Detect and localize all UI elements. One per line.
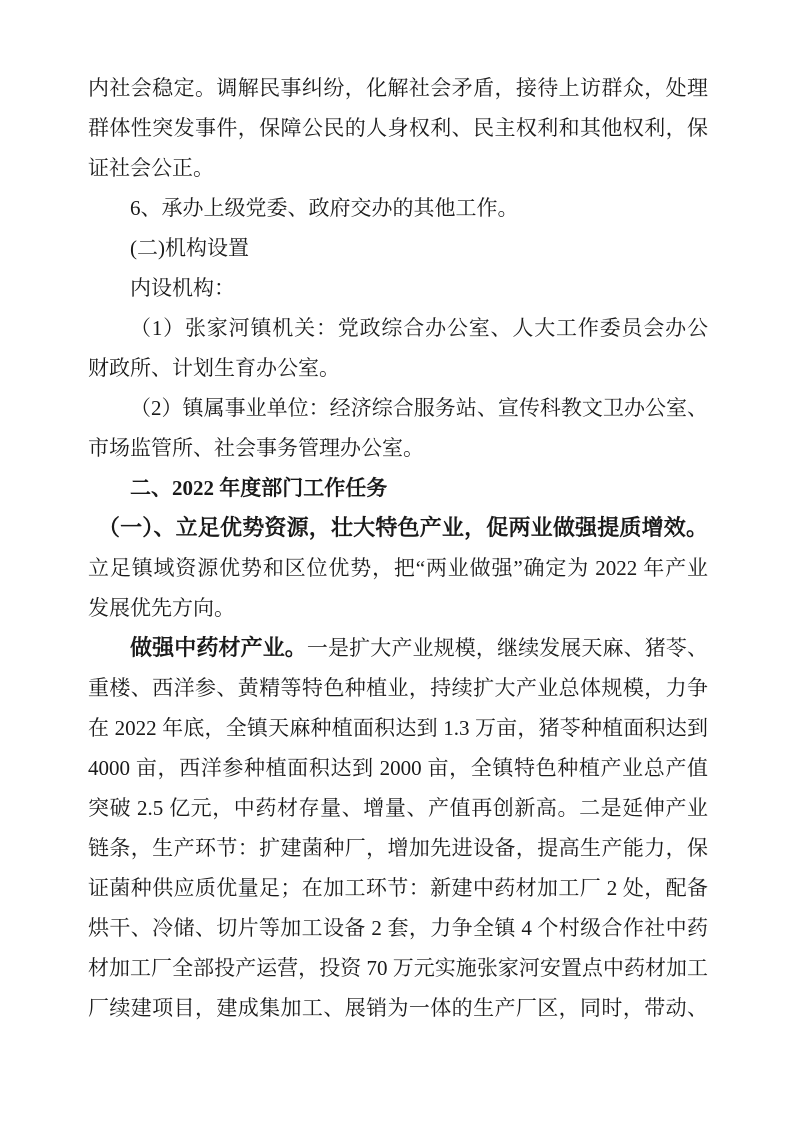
text-line: 做强中药材产业。一是扩大产业规模，继续发展天麻、猪苓、 [88, 628, 708, 668]
paragraph-lead: 做强中药材产业。 [130, 635, 307, 660]
text-line: 厂续建项目，建成集加工、展销为一体的生产厂区，同时，带动、 [88, 988, 708, 1028]
list-item-line: 6、承办上级党委、政府交办的其他工作。 [88, 188, 708, 228]
subsection-heading-line: （一）、立足优势资源，壮大特色产业，促两业做强提质增效。 [88, 508, 708, 548]
text-line: 链条，生产环节：扩建菌种厂，增加先进设备，提高生产能力，保 [88, 828, 708, 868]
paragraph-body: 一是扩大产业规模，继续发展天麻、猪苓、 [307, 636, 708, 660]
section-heading-line: 二、2022 年度部门工作任务 [88, 468, 708, 508]
list-item-line: （1）张家河镇机关：党政综合办公室、人大工作委员会办公室、 [88, 308, 708, 348]
text-line: 在 2022 年底，全镇天麻种植面积达到 1.3 万亩，猪苓种植面积达到 [88, 708, 708, 748]
text-line: 材加工厂全部投产运营，投资 70 万元实施张家河安置点中药材加工 [88, 948, 708, 988]
text-line: 证菌种供应质优量足；在加工环节：新建中药材加工厂 2 处，配备 [88, 868, 708, 908]
document-text: 内社会稳定。调解民事纠纷，化解社会矛盾，接待上访群众，处理 群体性突发事件，保障… [88, 68, 708, 1028]
text-line: 立足镇域资源优势和区位优势，把“两业做强”确定为 2022 年产业 [88, 548, 708, 588]
text-line: 烘干、冷储、切片等加工设备 2 套，力争全镇 4 个村级合作社中药 [88, 908, 708, 948]
text-line: 证社会公正。 [88, 148, 708, 188]
document-page: 内社会稳定。调解民事纠纷，化解社会矛盾，接待上访群众，处理 群体性突发事件，保障… [0, 0, 793, 1122]
text-line: 群体性突发事件，保障公民的人身权利、民主权利和其他权利，保 [88, 108, 708, 148]
text-line: 市场监管所、社会事务管理办公室。 [88, 428, 708, 468]
list-item-line: （2）镇属事业单位：经济综合服务站、宣传科教文卫办公室、 [88, 388, 708, 428]
text-line: 财政所、计划生育办公室。 [88, 348, 708, 388]
text-line: 内社会稳定。调解民事纠纷，化解社会矛盾，接待上访群众，处理 [88, 68, 708, 108]
text-line: 重楼、西洋参、黄精等特色种植业，持续扩大产业总体规模，力争 [88, 668, 708, 708]
text-line: 突破 2.5 亿元，中药材存量、增量、产值再创新高。二是延伸产业 [88, 788, 708, 828]
text-line: 内设机构： [88, 268, 708, 308]
subsection-heading-line: (二)机构设置 [88, 228, 708, 268]
text-line: 发展优先方向。 [88, 588, 708, 628]
text-line: 4000 亩，西洋参种植面积达到 2000 亩，全镇特色种植产业总产值 [88, 748, 708, 788]
